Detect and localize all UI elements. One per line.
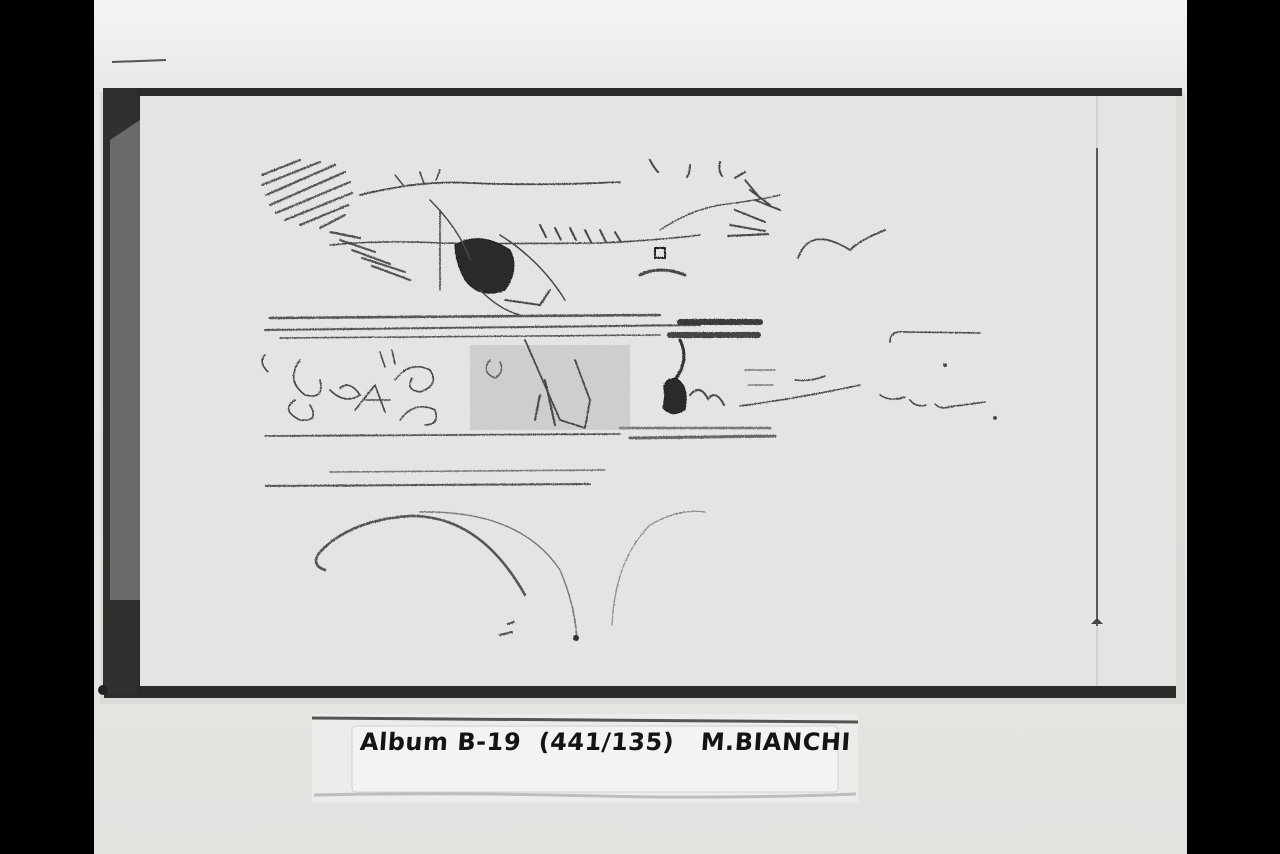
archive-label-text: Album B-19 (441/135) M.BIANCHI (359, 728, 852, 756)
sketchbook-drawing (0, 0, 1280, 854)
sketch-page (140, 96, 1176, 686)
tape-strip (110, 120, 140, 600)
